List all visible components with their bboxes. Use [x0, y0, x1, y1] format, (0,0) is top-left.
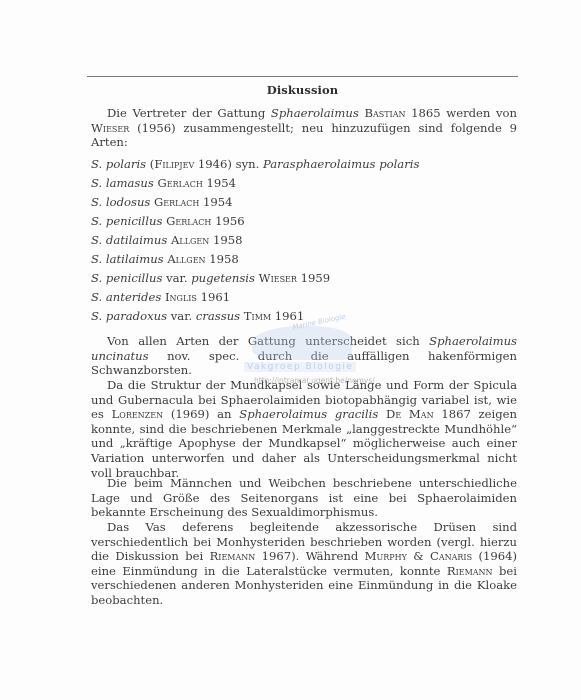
species-item: S. penicillus Gerlach 1956 [91, 212, 517, 231]
species-item: S. paradoxus var. crassus Timm 1961 [91, 307, 517, 326]
species-item: S. lamasus Gerlach 1954 [91, 174, 517, 193]
species-item: S. anterides Inglis 1961 [91, 288, 517, 307]
species-item: S. penicillus var. pugetensis Wieser 195… [91, 269, 517, 288]
paragraph-variability: Da die Struktur der Mundkapsel sowie Län… [91, 378, 517, 480]
paragraph-distinction: Von allen Arten der Gattung unterscheide… [91, 334, 517, 378]
species-item: S. datilaimus Allgen 1958 [91, 231, 517, 250]
species-item: S. polaris (Filipjev 1946) syn. Paraspha… [91, 155, 517, 174]
species-item: S. lodosus Gerlach 1954 [91, 193, 517, 212]
species-list: S. polaris (Filipjev 1946) syn. Paraspha… [91, 155, 517, 326]
section-heading: Diskussion [87, 83, 518, 97]
document-page: Diskussion Die Vertreter der Gattung Sph… [0, 0, 581, 700]
section-rule [87, 76, 518, 77]
paragraph-glands: Das Vas deferens begleitende akzessorisc… [91, 520, 517, 608]
intro-paragraph: Die Vertreter der Gattung Sphaerolaimus … [91, 106, 517, 150]
paragraph-dimorphism: Die beim Männchen und Weibchen beschrieb… [91, 476, 517, 520]
species-item: S. latilaimus Allgen 1958 [91, 250, 517, 269]
